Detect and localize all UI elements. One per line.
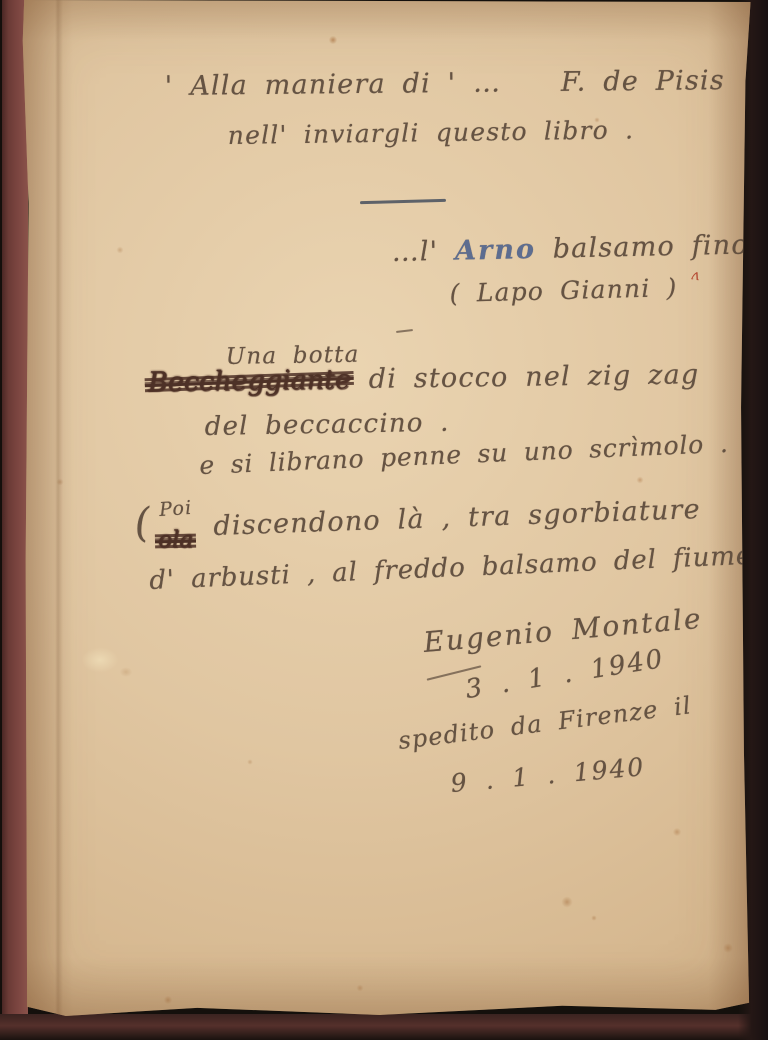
dedication-line-2: nell' inviargli questo libro . [228, 116, 635, 149]
poem-verse-5: d' arbusti , al freddo balsamo del fiume… [149, 541, 768, 596]
poem-insertion-poi: Poi [159, 498, 194, 521]
poem-verse-1-text: di stocco nel zig zag [369, 360, 700, 394]
struck-out-word-illegible: Beccheggiante [148, 365, 351, 398]
poem-verse-2: del beccaccino . [205, 409, 450, 442]
struck-out-word-2: ola [158, 528, 193, 553]
date-sent: 9 . 1 . 1940 [450, 753, 647, 797]
epigraph-attribution: ( Lapo Gianni ) [449, 274, 678, 307]
poem-verse-1: Beccheggiante di stocco nel zig zag [148, 360, 700, 397]
book-cover-bottom-edge [0, 1014, 768, 1040]
epigraph-word-arno: Arno [455, 234, 536, 267]
flyleaf-page: ' Alla maniera di ' … F. de Pisis nell' … [22, 0, 752, 1018]
epigraph-verse: …l' Arno balsamo fino . [391, 230, 768, 268]
sent-from-note: spedito da Firenze il [397, 692, 693, 754]
date-written: 3 . 1 . 1940 [464, 645, 667, 705]
struck-out-word-2-text: ola [158, 528, 193, 553]
stanza-dash-stroke [396, 329, 413, 333]
poem-verse-4: discendono là , tra sgorbiature [213, 495, 701, 542]
epigraph-prefix: …l' [391, 236, 455, 268]
dedication-line-1: ' Alla maniera di ' … F. de Pisis [165, 66, 725, 102]
red-caret-mark: ʌ [690, 266, 702, 284]
book-photo: ' Alla maniera di ' … F. de Pisis nell' … [0, 0, 768, 1040]
epigraph-suffix: balsamo fino . [536, 229, 768, 265]
poem-open-parenthesis: ( [133, 501, 153, 546]
book-cover-left-edge [2, 0, 28, 1040]
ink-divider-stroke [360, 199, 446, 204]
